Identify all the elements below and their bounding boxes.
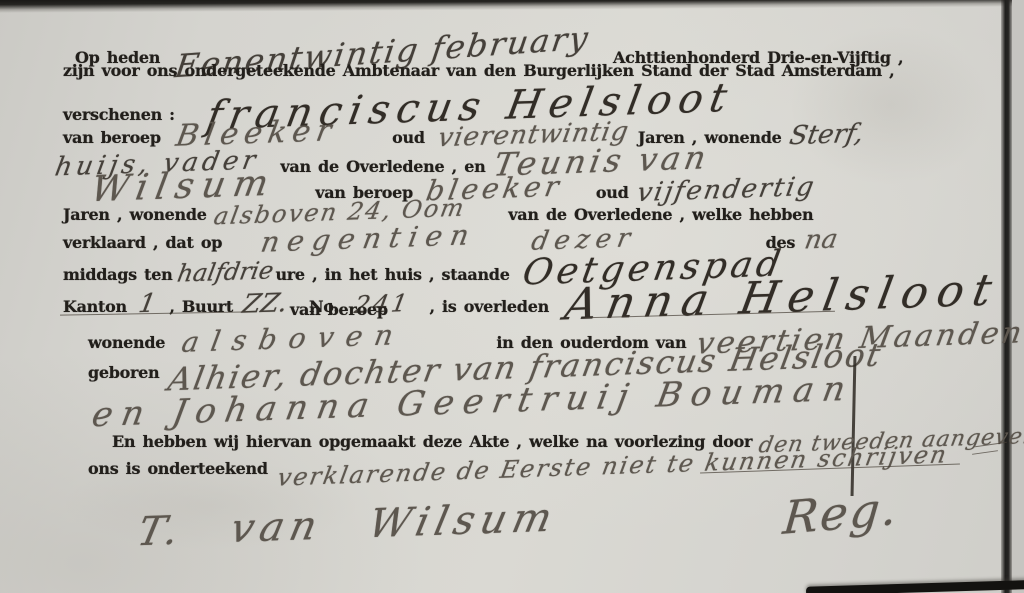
akte-line-address-deceased: Kanton 1 , Buurt ZZ. No. 241 , is overle…: [63, 272, 998, 323]
scan-edge-bottom-right: [806, 579, 1024, 593]
printed-ons-is-onderteekend: ons is onderteekend: [88, 459, 268, 478]
scan-edge-top: [0, 0, 1024, 13]
signature-registrar: Reg.: [784, 486, 898, 540]
printed-registrar-clause: zijn voor ons ondergeteekende Ambtenaar …: [63, 61, 894, 80]
scan-margin-right: [1012, 0, 1024, 593]
akte-line-closing2: ons is onderteekend verklarende de Eerst…: [88, 452, 945, 480]
handwritten-signature-declarant: T. van Wilsum: [133, 495, 562, 555]
printed-geboren: geboren: [88, 363, 159, 382]
akte-line-occupation-deceased: van beroep: [290, 300, 388, 319]
signature-declarant: T. van Wilsum: [140, 502, 555, 548]
death-record-scan: Op heden Eenentwintig february Achttienh…: [0, 0, 1024, 593]
page-fold-line: [1001, 0, 1012, 593]
printed-closing-clause: En hebben wij hiervan opgemaakt deze Akt…: [112, 432, 752, 451]
printed-van-beroep-3: van beroep: [290, 300, 388, 319]
printed-is-overleden: , is overleden: [429, 297, 548, 316]
akte-line-mother-name: en Johanna Geertruij Bouman: [95, 382, 851, 422]
akte-line-registrar: zijn voor ons ondergeteekende Ambtenaar …: [63, 61, 894, 80]
handwritten-kanton-number: 1: [136, 289, 158, 320]
handwritten-signature-registrar: Reg.: [781, 481, 901, 545]
handwritten-residence1: Sterf,: [787, 119, 866, 152]
handwritten-daypart: na: [802, 224, 840, 255]
handwritten-buurt-code: ZZ.: [240, 288, 290, 320]
